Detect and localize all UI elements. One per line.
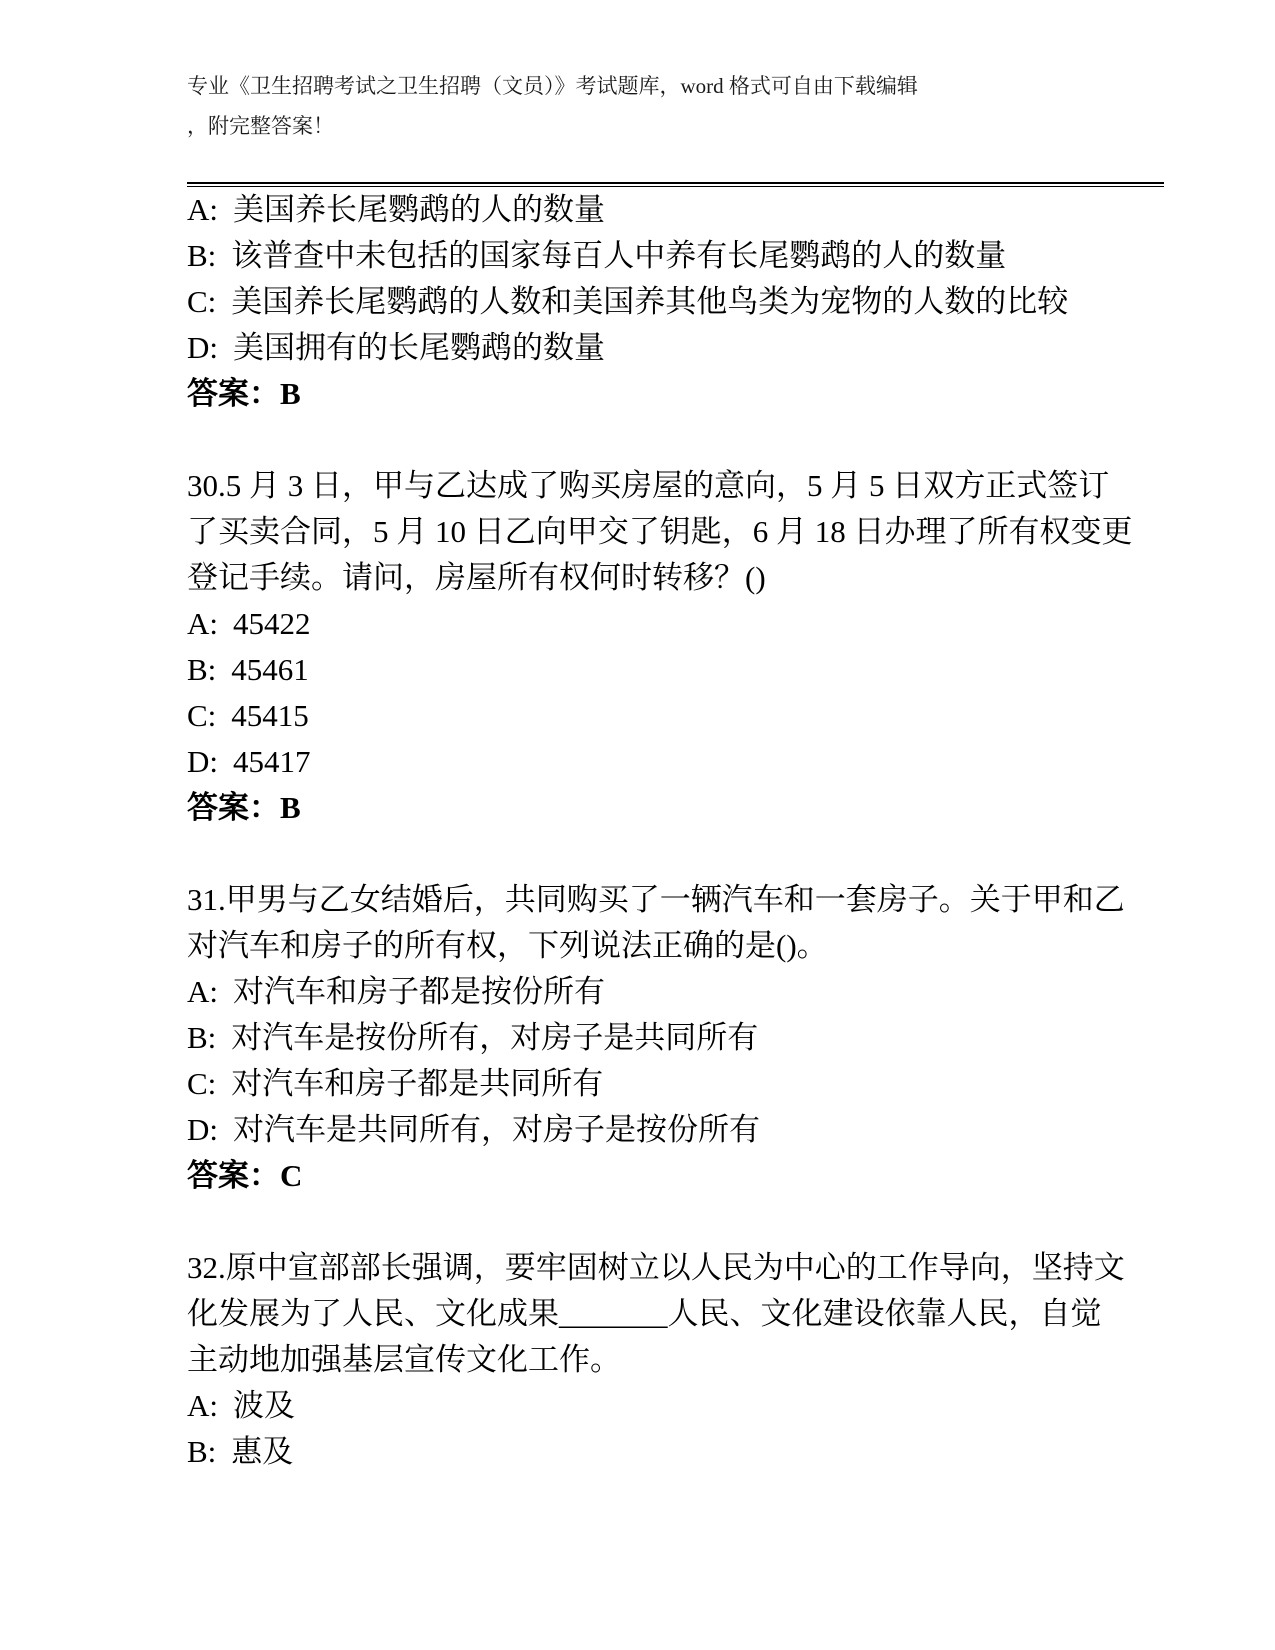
option-text: 美国拥有的长尾鹦鹉的数量 [233,330,605,365]
option-text: 45417 [233,744,311,779]
page-content: 专业《卫生招聘考试之卫生招聘（文员）》考试题库，word 格式可自由下载编辑 ，… [187,0,1164,1475]
option-row: C:美国养长尾鹦鹉的人数和美国养其他鸟类为宠物的人数的比较 [187,279,1164,325]
option-row: B:对汽车是按份所有，对房子是共同所有 [187,1015,1164,1061]
option-row: D:美国拥有的长尾鹦鹉的数量 [187,325,1164,371]
option-text: 45461 [231,652,309,687]
option-label: B: [187,1020,216,1055]
option-row: C:对汽车和房子都是共同所有 [187,1061,1164,1107]
option-label: A: [187,192,218,227]
option-label: B: [187,1434,216,1469]
option-label: A: [187,974,218,1009]
option-label: B: [187,652,216,687]
option-text: 对汽车是按份所有，对房子是共同所有 [231,1020,758,1055]
question-line: 30.5 月 3 日，甲与乙达成了购买房屋的意向，5 月 5 日双方正式签订 [187,463,1164,509]
option-text: 波及 [233,1388,295,1423]
answer-line: 答案：B [187,371,1164,417]
option-text: 对汽车和房子都是共同所有 [231,1066,603,1101]
question-line: 31.甲男与乙女结婚后，共同购买了一辆汽车和一套房子。关于甲和乙 [187,877,1164,923]
option-row: C:45415 [187,693,1164,739]
option-text: 对汽车是共同所有，对房子是按份所有 [233,1112,760,1147]
option-row: A:美国养长尾鹦鹉的人的数量 [187,187,1164,233]
option-text: 对汽车和房子都是按份所有 [233,974,605,1009]
option-row: B:该普查中未包括的国家每百人中养有长尾鹦鹉的人的数量 [187,233,1164,279]
option-label: C: [187,698,216,733]
answer-label: 答案： [187,1158,280,1193]
option-text: 美国养长尾鹦鹉的人数和美国养其他鸟类为宠物的人数的比较 [231,284,1068,319]
question-line: 主动地加强基层宣传文化工作。 [187,1337,1164,1383]
question-block-29: A:美国养长尾鹦鹉的人的数量 B:该普查中未包括的国家每百人中养有长尾鹦鹉的人的… [187,187,1164,417]
header-text-line: ，附完整答案！ [187,106,1164,146]
option-row: A:波及 [187,1383,1164,1429]
answer-label: 答案： [187,376,280,411]
option-text: 惠及 [231,1434,293,1469]
option-label: B: [187,238,216,273]
option-label: D: [187,330,218,365]
document-page: { "page": { "background": "#ffffff", "te… [0,0,1275,1650]
answer-value: C [280,1158,302,1193]
answer-label: 答案： [187,790,280,825]
option-text: 45422 [233,606,311,641]
answer-value: B [280,790,301,825]
question-line: 化发展为了人民、文化成果_______人民、文化建设依靠人民，自觉 [187,1291,1164,1337]
question-line: 32.原中宣部部长强调，要牢固树立以人民为中心的工作导向，坚持文 [187,1245,1164,1291]
question-line: 对汽车和房子的所有权，下列说法正确的是()。 [187,923,1164,969]
document-header: 专业《卫生招聘考试之卫生招聘（文员）》考试题库，word 格式可自由下载编辑 ，… [187,0,1164,146]
option-text: 美国养长尾鹦鹉的人的数量 [233,192,605,227]
option-row: D:对汽车是共同所有，对房子是按份所有 [187,1107,1164,1153]
question-line: 了买卖合同，5 月 10 日乙向甲交了钥匙，6 月 18 日办理了所有权变更 [187,509,1164,555]
option-label: A: [187,1388,218,1423]
question-block-30: 30.5 月 3 日，甲与乙达成了购买房屋的意向，5 月 5 日双方正式签订 了… [187,463,1164,831]
option-label: D: [187,744,218,779]
answer-line: 答案：C [187,1153,1164,1199]
answer-value: B [280,376,301,411]
question-block-32: 32.原中宣部部长强调，要牢固树立以人民为中心的工作导向，坚持文 化发展为了人民… [187,1245,1164,1475]
option-row: A:45422 [187,601,1164,647]
option-row: B:惠及 [187,1429,1164,1475]
option-row: B:45461 [187,647,1164,693]
question-block-31: 31.甲男与乙女结婚后，共同购买了一辆汽车和一套房子。关于甲和乙 对汽车和房子的… [187,877,1164,1199]
document-body: A:美国养长尾鹦鹉的人的数量 B:该普查中未包括的国家每百人中养有长尾鹦鹉的人的… [187,187,1164,1475]
option-row: D:45417 [187,739,1164,785]
option-label: C: [187,1066,216,1101]
option-label: C: [187,284,216,319]
option-label: D: [187,1112,218,1147]
header-text-line: 专业《卫生招聘考试之卫生招聘（文员）》考试题库，word 格式可自由下载编辑 [187,66,1164,106]
option-row: A:对汽车和房子都是按份所有 [187,969,1164,1015]
option-label: A: [187,606,218,641]
option-text: 45415 [231,698,309,733]
answer-line: 答案：B [187,785,1164,831]
question-line: 登记手续。请问，房屋所有权何时转移？() [187,555,1164,601]
option-text: 该普查中未包括的国家每百人中养有长尾鹦鹉的人的数量 [231,238,1006,273]
